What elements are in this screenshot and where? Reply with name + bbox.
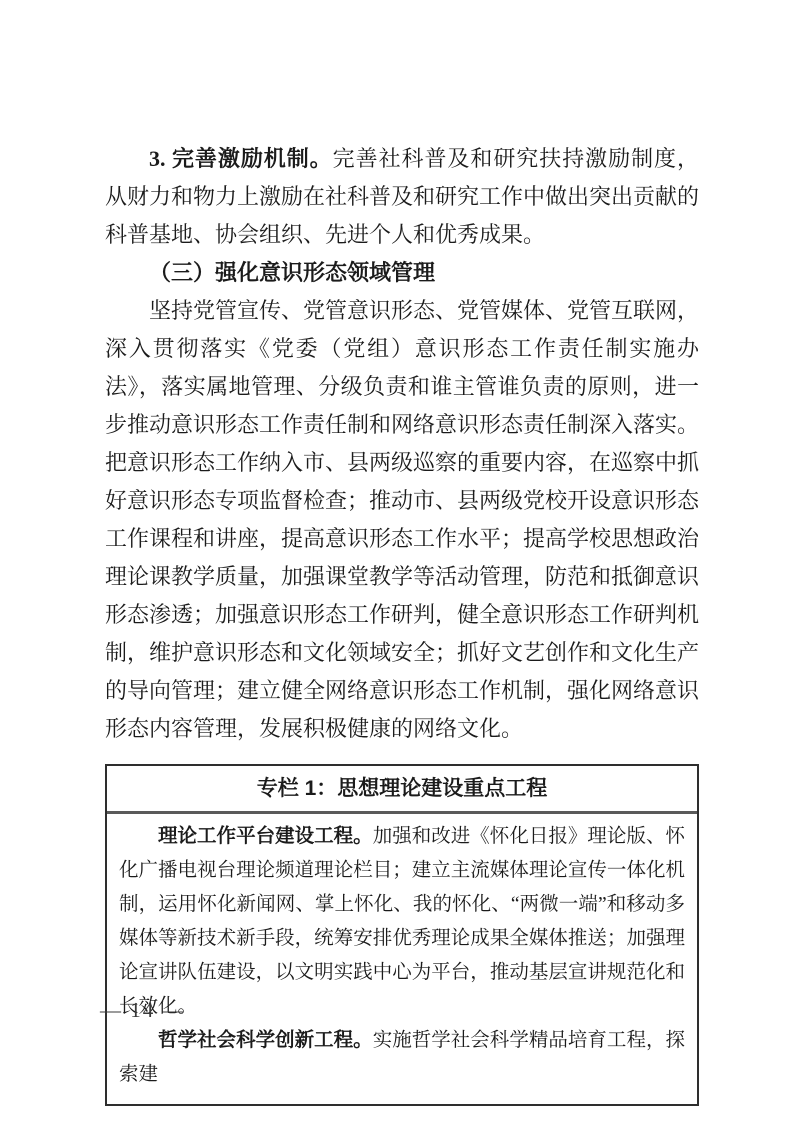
document-body: 3. 完善激励机制。完善社科普及和研究扶持激励制度，从财力和物力上激励在社科普及… xyxy=(105,140,699,1106)
paragraph-ideology-work: 坚持党管宣传、党管意识形态、党管媒体、党管互联网，深入贯彻落实《党委（党组）意识… xyxy=(105,292,699,748)
box-paragraph-lead-bold: 理论工作平台建设工程。 xyxy=(158,826,373,847)
box-paragraph-lead-bold: 哲学社会科学创新工程。 xyxy=(158,1030,373,1051)
highlight-box-title: 专栏 1：思想理论建设重点工程 xyxy=(107,766,697,814)
paragraph-lead-bold: 3. 完善激励机制。 xyxy=(149,146,333,171)
box-paragraph-text: 加强和改进《怀化日报》理论版、怀化广播电视台理论频道理论栏目；建立主流媒体理论宣… xyxy=(119,826,685,1017)
document-page: 3. 完善激励机制。完善社科普及和研究扶持激励制度，从财力和物力上激励在社科普及… xyxy=(0,0,793,1122)
section-heading-ideology-management: （三）强化意识形态领域管理 xyxy=(105,254,699,292)
box-paragraph-theory-platform: 理论工作平台建设工程。加强和改进《怀化日报》理论版、怀化广播电视台理论频道理论栏… xyxy=(119,820,685,1024)
highlight-box-body: 理论工作平台建设工程。加强和改进《怀化日报》理论版、怀化广播电视台理论频道理论栏… xyxy=(107,814,697,1104)
paragraph-incentive-mechanism: 3. 完善激励机制。完善社科普及和研究扶持激励制度，从财力和物力上激励在社科普及… xyxy=(105,140,699,254)
highlight-box-key-projects: 专栏 1：思想理论建设重点工程 理论工作平台建设工程。加强和改进《怀化日报》理论… xyxy=(105,764,699,1106)
page-number: — 14 — xyxy=(100,998,186,1023)
box-paragraph-social-science: 哲学社会科学创新工程。实施哲学社会科学精品培育工程，探索建 xyxy=(119,1024,685,1092)
